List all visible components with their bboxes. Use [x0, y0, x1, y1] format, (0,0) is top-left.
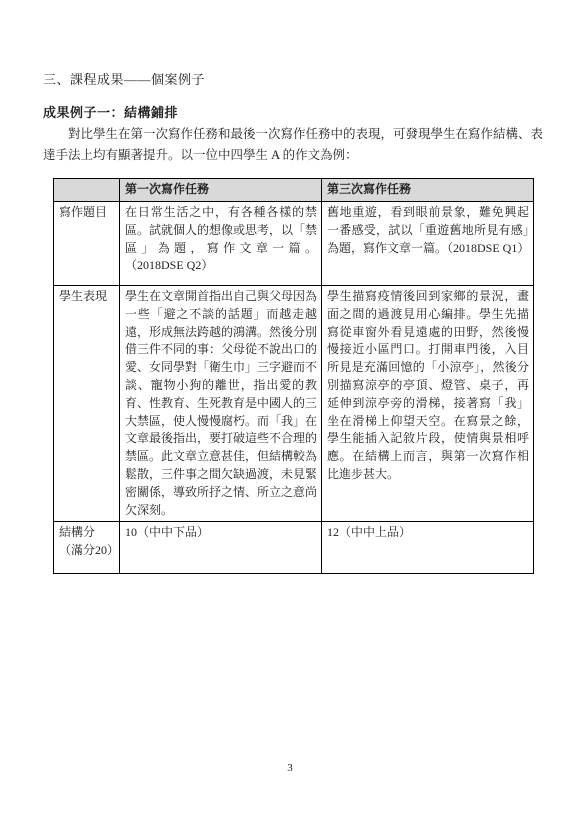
table-row-writing-topic: 寫作題目 在日常生活之中，有各種各樣的禁區。試就個人的想像或思考，以「禁區」為題…: [54, 202, 534, 286]
page-number: 3: [0, 762, 580, 774]
example-subheading: 成果例子一：結構鋪排: [43, 102, 178, 121]
document-page: 三、課程成果——個案例子 成果例子一：結構鋪排 對比學生在第一次寫作任務和最後一…: [0, 0, 580, 829]
table-header-row: 第一次寫作任務 第三次寫作任務: [54, 179, 534, 202]
structure-score-first-task: 10（中中下品）: [120, 522, 322, 574]
table-row-student-performance: 學生表現 學生在文章開首指出自己與父母因為一些「避之不談的話題」而越走越遠，形成…: [54, 286, 534, 522]
row-label-writing-topic: 寫作題目: [54, 202, 120, 286]
structure-score-third-task: 12（中中上品）: [322, 522, 534, 574]
student-performance-third-task: 學生描寫疫情後回到家鄉的景況，畫面之間的過渡見用心編排。學生先描寫從車窗外看見遠…: [322, 286, 534, 522]
header-cell-third-task: 第三次寫作任務: [322, 179, 534, 202]
row-label-student-performance: 學生表現: [54, 286, 120, 522]
student-performance-first-task: 學生在文章開首指出自己與父母因為一些「避之不談的話題」而越走越遠，形成無法跨越的…: [120, 286, 322, 522]
row-label-structure-score: 結構分（滿分20）: [54, 522, 120, 574]
comparison-table: 第一次寫作任務 第三次寫作任務 寫作題目 在日常生活之中，有各種各樣的禁區。試就…: [53, 178, 534, 574]
writing-topic-third-task: 舊地重遊，看到眼前景象，難免興起一番感受，試以「重遊舊地所見有感」為題，寫作文章…: [322, 202, 534, 286]
intro-paragraph: 對比學生在第一次寫作任務和最後一次寫作任務中的表現，可發現學生在寫作結構、表達手…: [43, 124, 543, 166]
table-row-structure-score: 結構分（滿分20） 10（中中下品） 12（中中上品）: [54, 522, 534, 574]
header-cell-first-task: 第一次寫作任務: [120, 179, 322, 202]
header-cell-empty: [54, 179, 120, 202]
writing-topic-first-task: 在日常生活之中，有各種各樣的禁區。試就個人的想像或思考，以「禁區」為題，寫作文章…: [120, 202, 322, 286]
section-heading: 三、課程成果——個案例子: [43, 69, 205, 88]
